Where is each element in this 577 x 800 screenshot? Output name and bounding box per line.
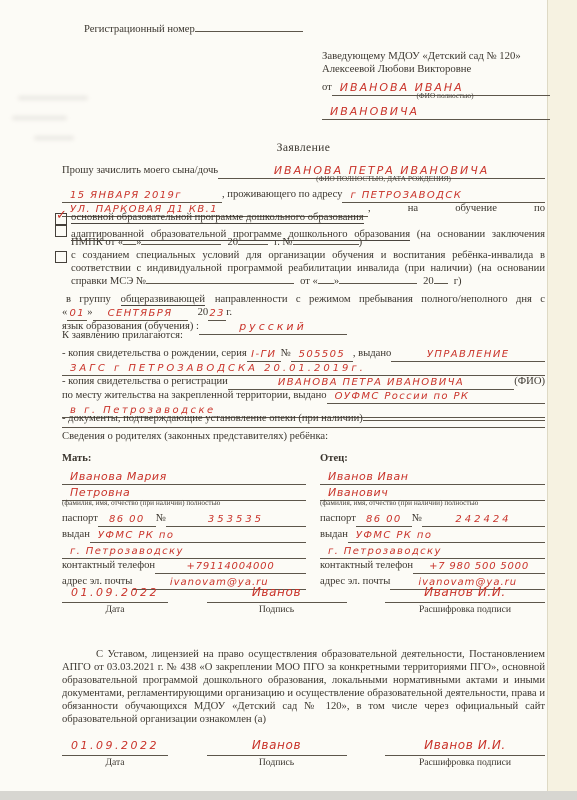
address-city-handwriting: г ПЕТРОЗАВОДСК — [350, 190, 462, 201]
decipher-label-2: Расшифровка подписи — [385, 756, 545, 768]
from-row: от ИВАНОВА ИВАНА — [322, 77, 550, 91]
mse-year-blank — [434, 282, 448, 284]
mother-issued2-handwriting: г. Петрозаводску — [70, 546, 184, 557]
enroll-request-row: Прошу зачислить моего сына/дочь ИВАНОВА … — [62, 160, 545, 174]
birth-cert-series-blank: I-ГИ — [247, 343, 281, 362]
signature-label: Подпись — [207, 603, 347, 615]
mother-label: Мать: — [62, 453, 91, 464]
father-name-hint: (фамилия, имя, отчество (при наличии) по… — [320, 498, 478, 507]
mse-month-blank — [339, 282, 417, 284]
application-body: Прошу зачислить моего сына/дочь ИВАНОВА … — [62, 160, 545, 438]
mother-name1-handwriting: Иванова Мария — [70, 470, 167, 483]
decipher-handwriting-2: Иванов И.И. — [424, 738, 506, 752]
birth-date-handwriting: 15 ЯНВАРЯ 2019г — [70, 190, 182, 201]
signature-handwriting: Иванов — [252, 585, 301, 599]
father-phone-label: контактный телефон — [320, 560, 413, 571]
father-name1-handwriting: Иванов Иван — [328, 470, 409, 483]
mse-row: справки МСЭ № от « » 20 г) — [62, 276, 545, 289]
addressee-line2: Алексеевой Любови Викторовне — [322, 63, 550, 76]
adapted-program-option-row: адаптированной образовательной программе… — [62, 224, 545, 237]
from-patronymic-handwriting: ИВАНОВИЧА — [330, 105, 419, 118]
date-column-2: 01.09.2022 Дата — [62, 736, 168, 768]
decipher-column-2: Иванов И.И. Расшифровка подписи — [385, 736, 545, 768]
birth-cert-issuer-handwriting: УПРАВЛЕНИЕ — [427, 349, 510, 360]
custody-blank2 — [62, 426, 545, 428]
father-passport-series-handwriting: 86 00 — [366, 514, 402, 525]
date-label-2: Дата — [62, 756, 168, 768]
address-city-blank: г ПЕТРОЗАВОДСК — [342, 184, 545, 203]
special-conditions-line2: соответствии с индивидуальной программой… — [71, 263, 545, 276]
acknowledgement-paragraph: С Уставом, лицензией на право осуществле… — [62, 649, 545, 726]
start-day-handwriting: 01 — [70, 308, 86, 319]
parents-heading: Сведения о родителях (законных представи… — [62, 431, 328, 442]
from-patronymic-blank: ИВАНОВИЧА — [322, 101, 550, 120]
start-year-blank: 23 — [208, 302, 226, 321]
mother-column: Мать: Иванова Мария Петровна (фамилия, и… — [62, 453, 306, 587]
start-year-handwriting: 23 — [209, 308, 225, 319]
registration-number-row: Регистрационный номер — [84, 24, 303, 38]
mother-number-label: № — [156, 513, 166, 524]
main-program-option-row: ✓ основной образовательной программе дош… — [62, 212, 545, 225]
mse-day-blank — [318, 282, 334, 284]
special-conditions-checkbox — [55, 251, 67, 263]
date-column: 01.09.2022 Дата — [62, 583, 168, 615]
from-name-blank: ИВАНОВА ИВАНА — [332, 77, 550, 96]
mother-phone-label: контактный телефон — [62, 560, 155, 571]
signature-label-2: Подпись — [207, 756, 347, 768]
father-passport-number-handwriting: 242424 — [455, 514, 511, 525]
registration-number-label: Регистрационный номер — [84, 24, 195, 35]
mse-label-2: от « — [300, 276, 318, 287]
attachments-heading: К заявлению прилагаются: — [62, 330, 183, 341]
reg-cert-name-handwriting: ИВАНОВА ПЕТРА ИВАНОВИЧА — [278, 377, 464, 388]
from-patronymic-row: ИВАНОВИЧА — [322, 101, 550, 115]
father-phone-blank: +7 980 500 5000 — [413, 555, 545, 574]
father-issued-label: выдан — [320, 529, 348, 540]
mother-name2-handwriting: Петровна — [70, 486, 130, 499]
father-name2-handwriting: Иванович — [328, 486, 388, 499]
signature-column-2: Иванов Подпись — [207, 736, 347, 768]
father-phone-handwriting: +7 980 500 5000 — [429, 561, 529, 572]
signature-handwriting-2: Иванов — [252, 738, 301, 752]
scanned-application-form: Регистрационный номер Заведующему МДОУ «… — [0, 0, 577, 800]
decipher-label: Расшифровка подписи — [385, 603, 545, 615]
enroll-request-label: Прошу зачислить моего сына/дочь — [62, 165, 218, 176]
father-number-label: № — [412, 513, 422, 524]
signature-column: Иванов Подпись — [207, 583, 347, 615]
mother-passport-series-handwriting: 86 00 — [109, 514, 145, 525]
mother-passport-number-handwriting: 353535 — [208, 514, 264, 525]
date-handwriting: 01.09.2022 — [71, 586, 159, 599]
special-conditions-option-row: с созданием специальных условий для орга… — [62, 250, 545, 263]
addressee-block: Заведующему МДОУ «Детский сад № 120» Але… — [322, 50, 550, 115]
addressee-line1: Заведующему МДОУ «Детский сад № 120» — [322, 50, 550, 63]
birth-cert-series-handwriting: I-ГИ — [251, 349, 276, 360]
scan-artifact — [18, 96, 88, 100]
mse-label-4: 20 — [423, 276, 434, 287]
mse-label-1: справки МСЭ № — [71, 276, 146, 287]
father-issued-handwriting: УФМС РК по — [356, 530, 432, 541]
mse-label-5: г) — [454, 276, 462, 287]
main-program-label: основной образовательной программе дошко… — [71, 212, 364, 224]
pmpk-month-blank — [141, 243, 221, 245]
language-handwriting: русский — [239, 320, 307, 333]
special-conditions-line1: с созданием специальных условий для орга… — [71, 250, 545, 263]
father-column: Отец: Иванов Иван Иванович (фамилия, имя… — [320, 453, 545, 587]
pmpk-day-blank — [123, 243, 136, 245]
registration-number-blank — [195, 30, 303, 32]
reg-cert-issuer2-handwriting: в г. Петрозаводске — [70, 405, 216, 416]
reg-cert-issuer-handwriting: ОУФМС России по РК — [335, 391, 470, 402]
registration-certificate-row3: в г. Петрозаводске — [62, 399, 545, 413]
birth-cert-number-handwriting: 505505 — [299, 349, 346, 360]
date-label: Дата — [62, 603, 168, 615]
custody-blank — [363, 419, 545, 421]
parents-section: Мать: Иванова Мария Петровна (фамилия, и… — [62, 453, 545, 587]
scan-artifact — [12, 116, 67, 120]
start-month-handwriting: СЕНТЯБРЯ — [108, 308, 173, 319]
father-passport-label: паспорт — [320, 513, 356, 524]
adapted-program-suffix: (на основании заключения — [410, 229, 545, 240]
child-name-handwriting: ИВАНОВА ПЕТРА ИВАНОВИЧА — [274, 164, 489, 177]
start-month-blank: СЕНТЯБРЯ — [93, 302, 188, 321]
scan-edge-bottom — [0, 791, 577, 800]
group-label-2: направленности с режимом пребывания полн… — [215, 294, 545, 305]
from-name-handwriting: ИВАНОВА ИВАНА — [340, 81, 464, 94]
decipher-column: Иванов И.И. Расшифровка подписи — [385, 583, 545, 615]
mother-name-hint: (фамилия, имя, отчество (при наличии) по… — [62, 498, 220, 507]
father-issued2-handwriting: г. Петрозаводску — [328, 546, 442, 557]
father-label: Отец: — [320, 453, 348, 464]
birth-date-row: 15 ЯНВАРЯ 2019г , проживающего по адресу… — [62, 184, 545, 198]
scan-edge-right — [547, 0, 577, 800]
from-label: от — [322, 82, 332, 93]
reg-cert-label-1: - копия свидетельства о регистрации — [62, 376, 228, 387]
start-day-blank: 01 — [67, 302, 87, 321]
group-row: в группу общеразвивающей направленности … — [62, 289, 545, 302]
signature-row-1: 01.09.2022 Дата Иванов Подпись Иванов И.… — [62, 583, 545, 615]
birth-cert-number-blank: 505505 — [291, 343, 353, 362]
adapted-program-label: адаптированной образовательной программе… — [71, 229, 410, 241]
pmpk-year-blank — [238, 243, 268, 245]
mother-issued-label: выдан — [62, 529, 90, 540]
pmpk-number-blank — [293, 243, 359, 245]
document-title: Заявление — [62, 141, 545, 154]
main-program-checkbox: ✓ — [55, 213, 67, 225]
mother-issued-handwriting: УФМС РК по — [98, 530, 174, 541]
date-handwriting-2: 01.09.2022 — [71, 739, 159, 752]
mse-number-blank — [146, 282, 294, 284]
checkmark-icon: ✓ — [56, 208, 67, 223]
signature-row-2: 01.09.2022 Дата Иванов Подпись Иванов И.… — [62, 736, 545, 768]
child-name-blank: ИВАНОВА ПЕТРА ИВАНОВИЧА — [218, 160, 545, 179]
decipher-handwriting: Иванов И.И. — [424, 585, 506, 599]
birth-certificate-row: - копия свидетельства о рождении, серия … — [62, 343, 545, 357]
mother-phone-handwriting: +79114004000 — [187, 561, 275, 572]
adapted-program-checkbox — [55, 225, 67, 237]
special-conditions-row2: соответствии с индивидуальной программой… — [62, 263, 545, 276]
scan-artifact — [34, 136, 74, 140]
mother-passport-label: паспорт — [62, 513, 98, 524]
birth-cert-issuer2-handwriting: ЗАГС г ПЕТРОЗАВОДСКА 20.01.2019г. — [70, 363, 366, 374]
